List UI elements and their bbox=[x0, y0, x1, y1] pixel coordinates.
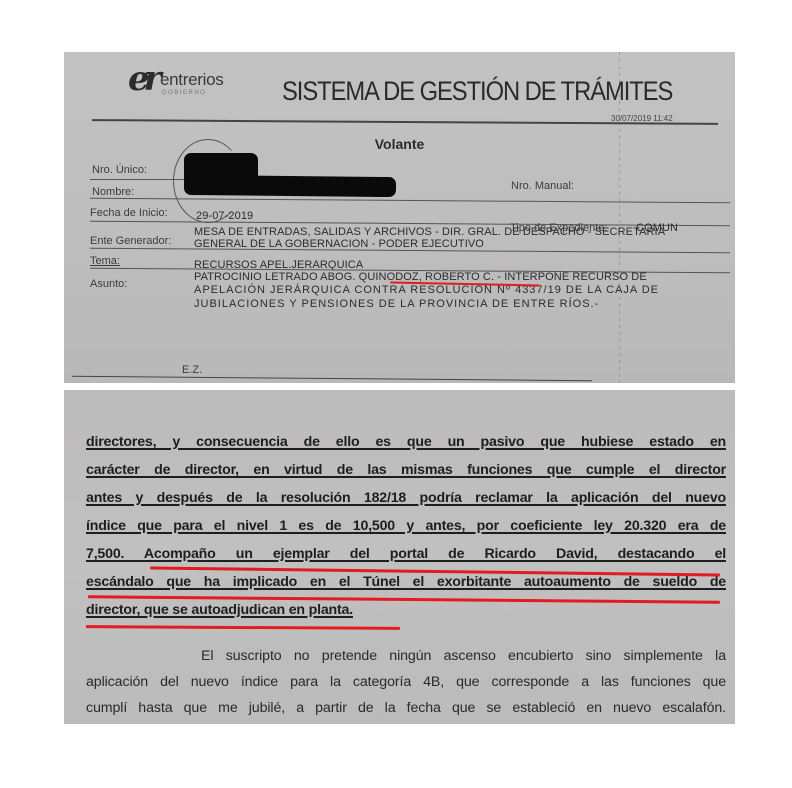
print-timestamp: 30/07/2019 11:42 bbox=[611, 114, 673, 123]
tema-label: Tema: bbox=[90, 255, 120, 267]
asunto-line-3: JUBILACIONES Y PENSIONES DE LA PROVINCIA… bbox=[194, 298, 599, 310]
nro-unico-label: Nro. Único: bbox=[92, 164, 147, 176]
nro-manual-label: Nro. Manual: bbox=[511, 180, 574, 192]
ente-generador-label: Ente Generador: bbox=[90, 235, 171, 247]
highlighted-line: 7,500. Acompaño un ejemplar del portal d… bbox=[86, 546, 726, 562]
nro-unico-rule bbox=[90, 179, 185, 180]
entrerios-logo: er entrerios GOBIERNO bbox=[128, 60, 248, 100]
volante-photo: er entrerios GOBIERNO SISTEMA DE GESTIÓN… bbox=[64, 52, 735, 383]
footer-line bbox=[72, 376, 592, 382]
fecha-inicio-value: 29-07-2019 bbox=[196, 210, 253, 222]
nombre-redaction bbox=[184, 175, 396, 197]
red-underline bbox=[86, 625, 400, 630]
highlighted-line: director, que se autoadjudican en planta… bbox=[86, 602, 726, 618]
body-line: cumplí hasta que me jubilé, a partir de … bbox=[86, 700, 726, 716]
logo-name: entrerios bbox=[160, 70, 223, 90]
asunto-line-2: APELACIÓN JERÁRQUICA CONTRA RESOLUCIÓN N… bbox=[194, 284, 659, 296]
highlighted-line: directores, y consecuencia de ello es qu… bbox=[86, 434, 726, 450]
initials: E.Z. bbox=[182, 364, 202, 376]
asunto-label: Asunto: bbox=[90, 278, 127, 290]
letter-photo: directores, y consecuencia de ello es qu… bbox=[64, 390, 735, 724]
highlighted-line: escándalo que ha implicado en el Túnel e… bbox=[86, 574, 726, 590]
highlighted-line: carácter de director, en virtud de las m… bbox=[86, 462, 726, 478]
ente-generador-line-1: MESA DE ENTRADAS, SALIDAS Y ARCHIVOS - D… bbox=[194, 226, 665, 238]
logo-mark-icon: er bbox=[128, 62, 156, 96]
highlighted-line: índice que para el nivel 1 es de 10,500 … bbox=[86, 518, 726, 534]
logo-subtitle: GOBIERNO bbox=[162, 90, 206, 96]
body-line: aplicación del nuevo índice para la cate… bbox=[86, 674, 726, 690]
fecha-inicio-label: Fecha de Inicio: bbox=[90, 207, 168, 219]
highlighted-line: antes y después de la resolución 182/18 … bbox=[86, 490, 726, 506]
nombre-label: Nombre: bbox=[92, 186, 134, 198]
document-heading: Volante bbox=[64, 136, 735, 152]
system-title: SISTEMA DE GESTIÓN DE TRÁMITES bbox=[282, 76, 672, 107]
body-line: El suscripto no pretende ningún ascenso … bbox=[86, 648, 726, 664]
